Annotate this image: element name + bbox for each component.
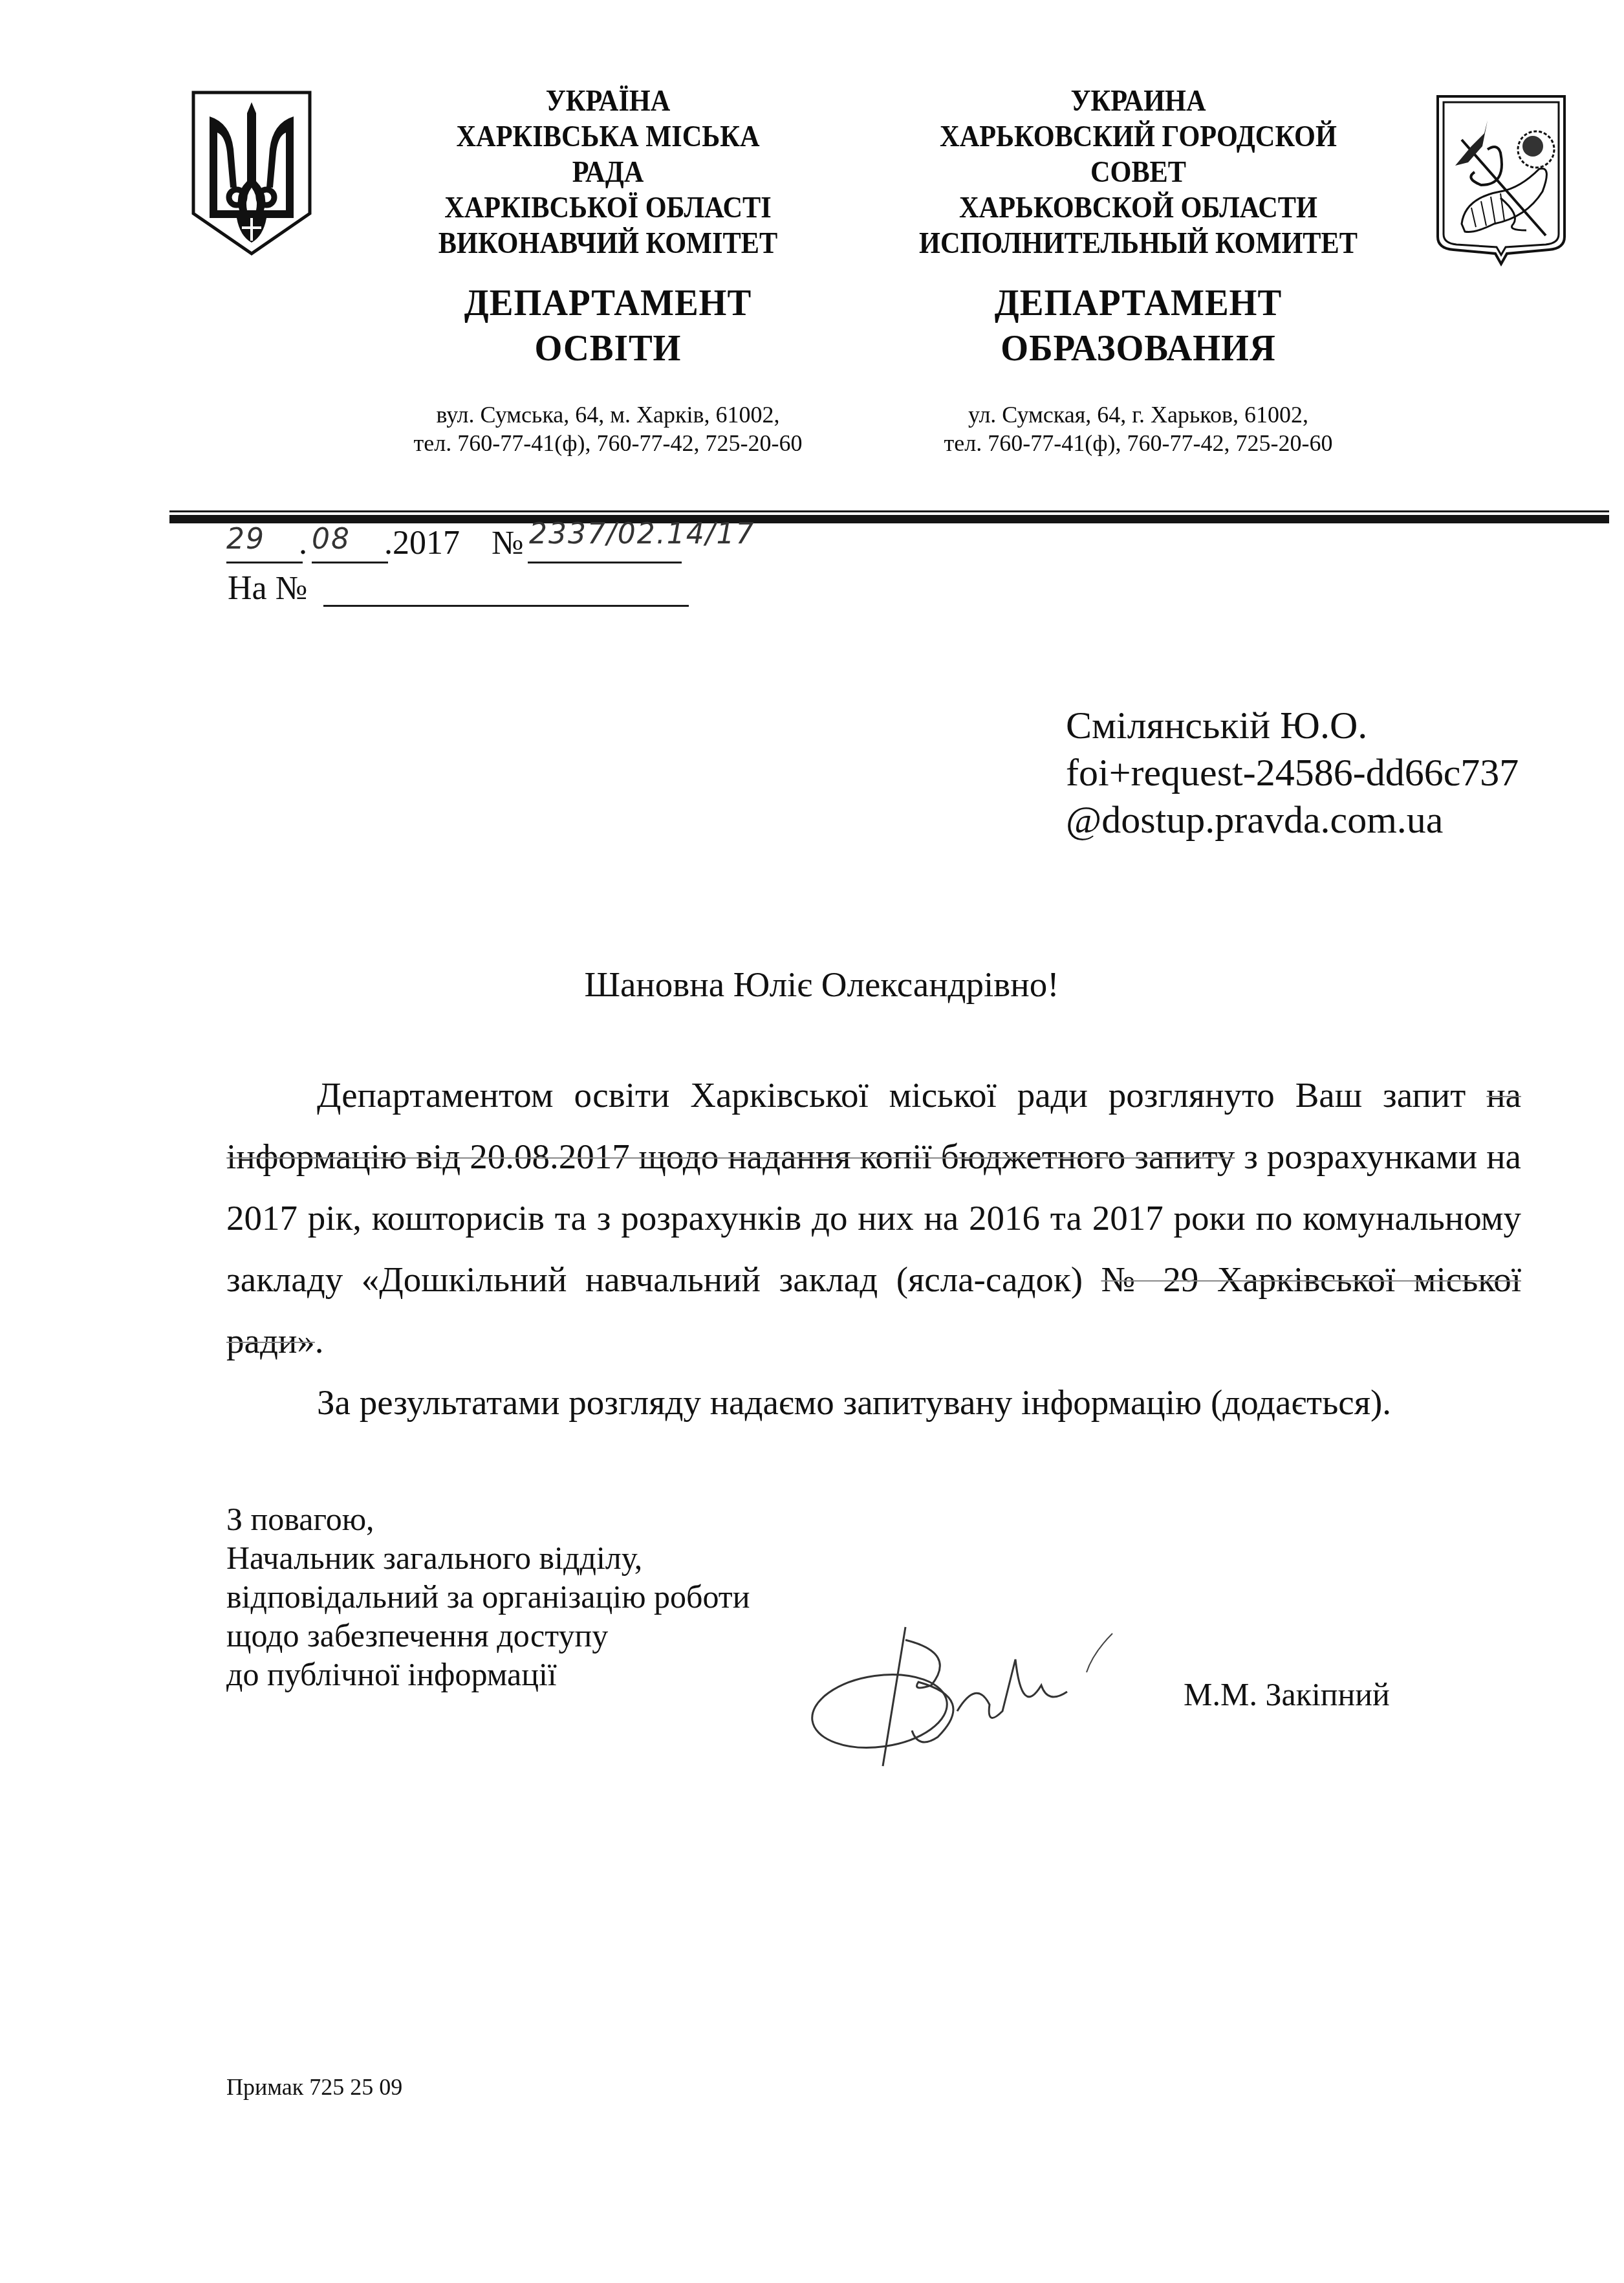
org-name-ru: УКРАИНА ХАРЬКОВСКИЙ ГОРОДСКОЙ СОВЕТ ХАРЬ… [894,83,1382,261]
org-name-ua: УКРАЇНА ХАРКІВСЬКА МІСЬКА РАДА ХАРКІВСЬК… [382,83,834,261]
registration-day: 29 [226,523,298,556]
recipient-name: Смілянській Ю.О. [1066,702,1519,749]
recipient-email-line1: foi+request-24586-dd66c737 [1066,749,1519,796]
address-ru: ул. Сумская, 64, г. Харьков, 61002, тел.… [873,400,1403,457]
closing-line: З повагою, [226,1500,750,1538]
reply-to-number-label: На № [228,569,307,607]
address-ua: вул. Сумська, 64, м. Харків, 61002, тел.… [362,400,854,457]
registration-date-separator: . [299,524,307,562]
reply-number-field [323,605,689,607]
day-underline [226,562,303,563]
letter-body: Департаментом освіти Харківської міської… [226,1064,1521,1433]
header-divider-thin [169,510,1609,512]
registration-number: 2337/02.14/17 [529,518,755,551]
header-left-ukrainian: УКРАЇНА ХАРКІВСЬКА МІСЬКА РАДА ХАРКІВСЬК… [362,83,854,457]
recipient-email-line2: @dostup.pravda.com.ua [1066,796,1519,844]
ukraine-trident-emblem-icon [191,91,312,256]
registration-month: 08 [312,523,383,556]
number-underline [528,562,682,563]
signer-title-line: щодо забезпечення доступу [226,1616,750,1655]
recipient-block: Смілянській Ю.О. foi+request-24586-dd66c… [1066,702,1519,844]
department-name-ru: ДЕПАРТАМЕНТ ОБРАЗОВАНИЯ [887,280,1391,371]
registration-year: .2017 [384,524,460,562]
signer-title-line: Начальник загального відділу, [226,1538,750,1577]
kharkiv-city-emblem-icon [1436,94,1566,268]
department-name-ua: ДЕПАРТАМЕНТ ОСВІТИ [374,280,841,371]
header-right-russian: УКРАИНА ХАРЬКОВСКИЙ ГОРОДСКОЙ СОВЕТ ХАРЬ… [873,83,1403,457]
closing-block: З повагою, Начальник загального відділу,… [226,1500,750,1694]
salutation: Шановна Юліє Олександрівно! [0,964,1624,1005]
body-paragraph-2: За результатами розгляду надаємо запитув… [226,1371,1521,1433]
registration-number-label: № [492,524,524,562]
signer-title-line: відповідальний за організацію роботи [226,1577,750,1616]
header-divider-thick [169,515,1609,523]
handwritten-signature-icon [808,1614,1171,1769]
body-paragraph-1: Департаментом освіти Харківської міської… [226,1064,1521,1371]
executor-contact: Примак 725 25 09 [226,2073,402,2101]
month-underline [312,562,388,563]
signer-name: М.М. Закіпний [1184,1676,1390,1713]
signer-title-line: до публічної інформації [226,1655,750,1694]
